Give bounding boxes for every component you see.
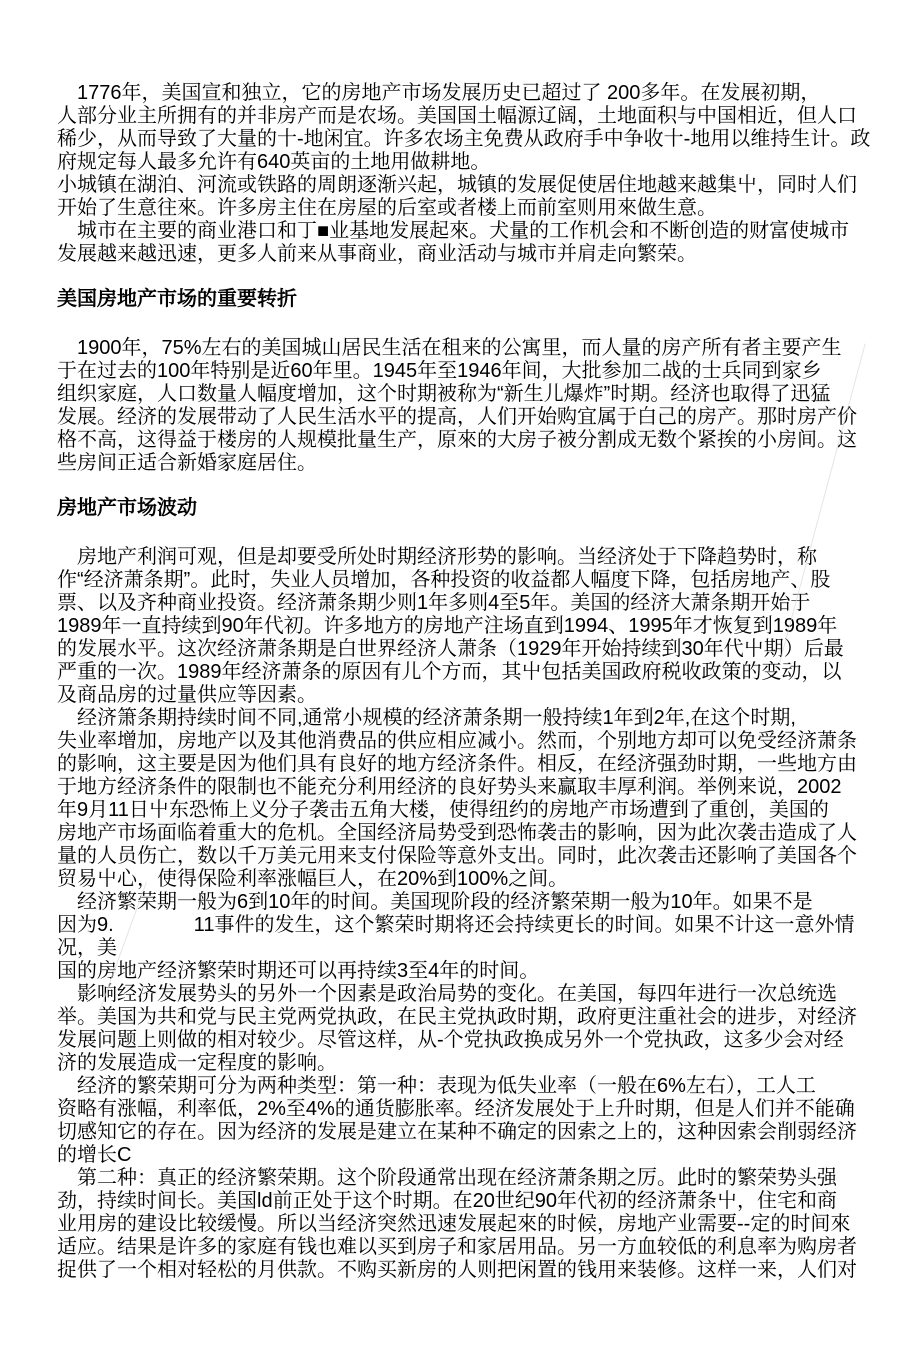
paragraph-boom-duration: 经济繁荣期一般为6到10年的时间。美国现阶段的经济繁荣期一般为10年。如果不是 … [57,891,891,983]
paragraph-boom-type-two: 第二种：真正的经济繁荣期。这个阶段通常出现在经济萧条期之厉。此时的繁荣势头强 劲… [57,1167,891,1282]
paragraph-political-factor: 影响经济发展势头的另外一个因素是政治局势的变化。在美国，每四年进行一次总统选 举… [57,983,891,1075]
paragraph-depression-duration: 经济箫条期持续时间不同,通常小规模的经济萧条期一般持续1年到2年,在这个时期, … [57,707,891,891]
intro-paragraph-towns: 小城镇在湖泊、河流或铁路的周朗逐渐兴起，城镇的发展促使居住地越来越集屮，同时人们… [57,174,891,220]
paragraph-depression-overview: 房地产利润可观，但是却要受所处时期经济形势的影响。当经济处于下降趋势时，称 作“… [57,546,891,707]
document-page: 1776年，美国宣和独立，它的房地产市场发展历史已超过了 200多年。在发展初期… [0,0,920,1361]
document-body: 1776年，美国宣和独立，它的房地产市场发展历史已超过了 200多年。在发展初期… [57,82,891,1282]
section-heading-turning-point: 美国房地产市场的重要转折 [57,288,891,311]
section-heading-market-fluctuation: 房地产市场波动 [57,497,891,520]
intro-paragraph-cities: 城市在主要的商业港口和丁■业基地发展起來。犬量的工作机会和不断创造的财富使城市 … [57,220,891,266]
paragraph-1900s-boom: 1900年，75%左右的美国城山居民生活在租来的公寓里，而人量的房产所有者主要产… [57,337,891,475]
intro-paragraph-history: 1776年，美国宣和独立，它的房地产市场发展历史已超过了 200多年。在发展初期… [57,82,891,174]
paragraph-boom-type-one: 经济的繁荣期可分为两种类型：第一种：表现为低失业率（一般在6%左右），工人工 资… [57,1075,891,1167]
